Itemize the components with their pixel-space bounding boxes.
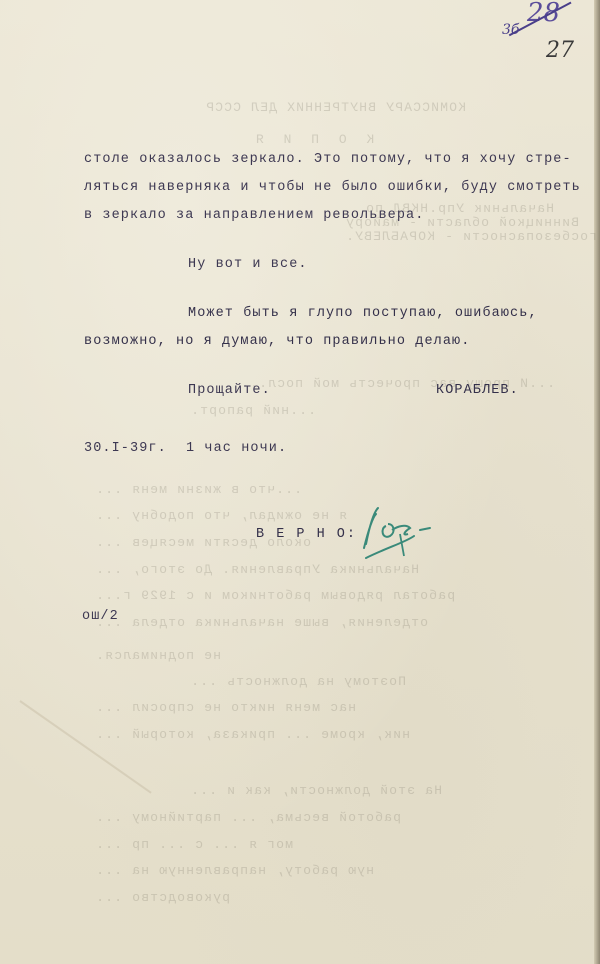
bleed-line: ник, кроме ... приказа, который ... — [95, 727, 410, 742]
signature-icon — [356, 504, 446, 564]
body-line: ляться наверняка и чтобы не было ошибки,… — [84, 180, 581, 195]
bleed-line: Поэтому на должность ... — [190, 674, 406, 689]
bleed-line: К О П И Я — [250, 132, 374, 147]
bleed-line: не поднимался. — [95, 648, 221, 663]
bleed-line: я не ожидал, что подобну ... — [95, 508, 347, 523]
reference-code: ош/2 — [82, 609, 119, 624]
bleed-line: Начальника Управления. До этого, ... — [95, 562, 419, 577]
bleed-line: мог я ... с ... пр ... — [95, 837, 293, 852]
folio-stamped: 3б — [502, 22, 519, 38]
paragraph-line: возможно, но я думаю, что правильно дела… — [84, 334, 470, 349]
bleed-line: КОМИССАРУ ВНУТРЕННИХ ДЕЛ СССР — [205, 100, 466, 115]
bleed-line: руководство ... — [95, 890, 230, 905]
signature-name: КОРАБЛЕВ. — [436, 383, 519, 398]
time-text: 1 час ночи. — [186, 441, 287, 456]
bleed-line: госбезопасности - КОРАБЛЕВУ. — [345, 229, 597, 244]
paragraph-short: Ну вот и все. — [188, 257, 308, 272]
bleed-line: работал рядовым работником и с 1929 г... — [95, 588, 455, 603]
bleed-line: отделения, выше начальника отдела ... — [95, 615, 428, 630]
paragraph-line: Может быть я глупо поступаю, ошибаюсь, — [188, 306, 538, 321]
bleed-line: ...что в жизни меня ... — [95, 482, 302, 497]
certification-label: В Е Р Н О: — [256, 527, 357, 542]
folio-crossed-out: 28 — [527, 0, 560, 28]
bleed-line: ...ний рапорт. — [190, 403, 316, 418]
bleed-line: На этой должности, как и ... — [190, 783, 442, 798]
body-line: столе оказалось зеркало. Это потому, что… — [84, 152, 572, 167]
date-text: 30.I-39г. — [84, 441, 167, 456]
bleed-line: работой весьма, ... партийному ... — [95, 810, 401, 825]
farewell-text: Прощайте. — [188, 383, 271, 398]
bleed-line: нас меня никто не спросил ... — [95, 700, 356, 715]
bleed-line: ную работу, направленную на ... — [95, 863, 374, 878]
paper-edge — [594, 0, 600, 964]
body-line: в зеркало за направлением револьвера. — [84, 208, 424, 223]
folio-handwritten: 27 — [546, 38, 574, 63]
document-page: КОМИССАРУ ВНУТРЕННИХ ДЕЛ СССР К О П И Я … — [0, 0, 600, 964]
